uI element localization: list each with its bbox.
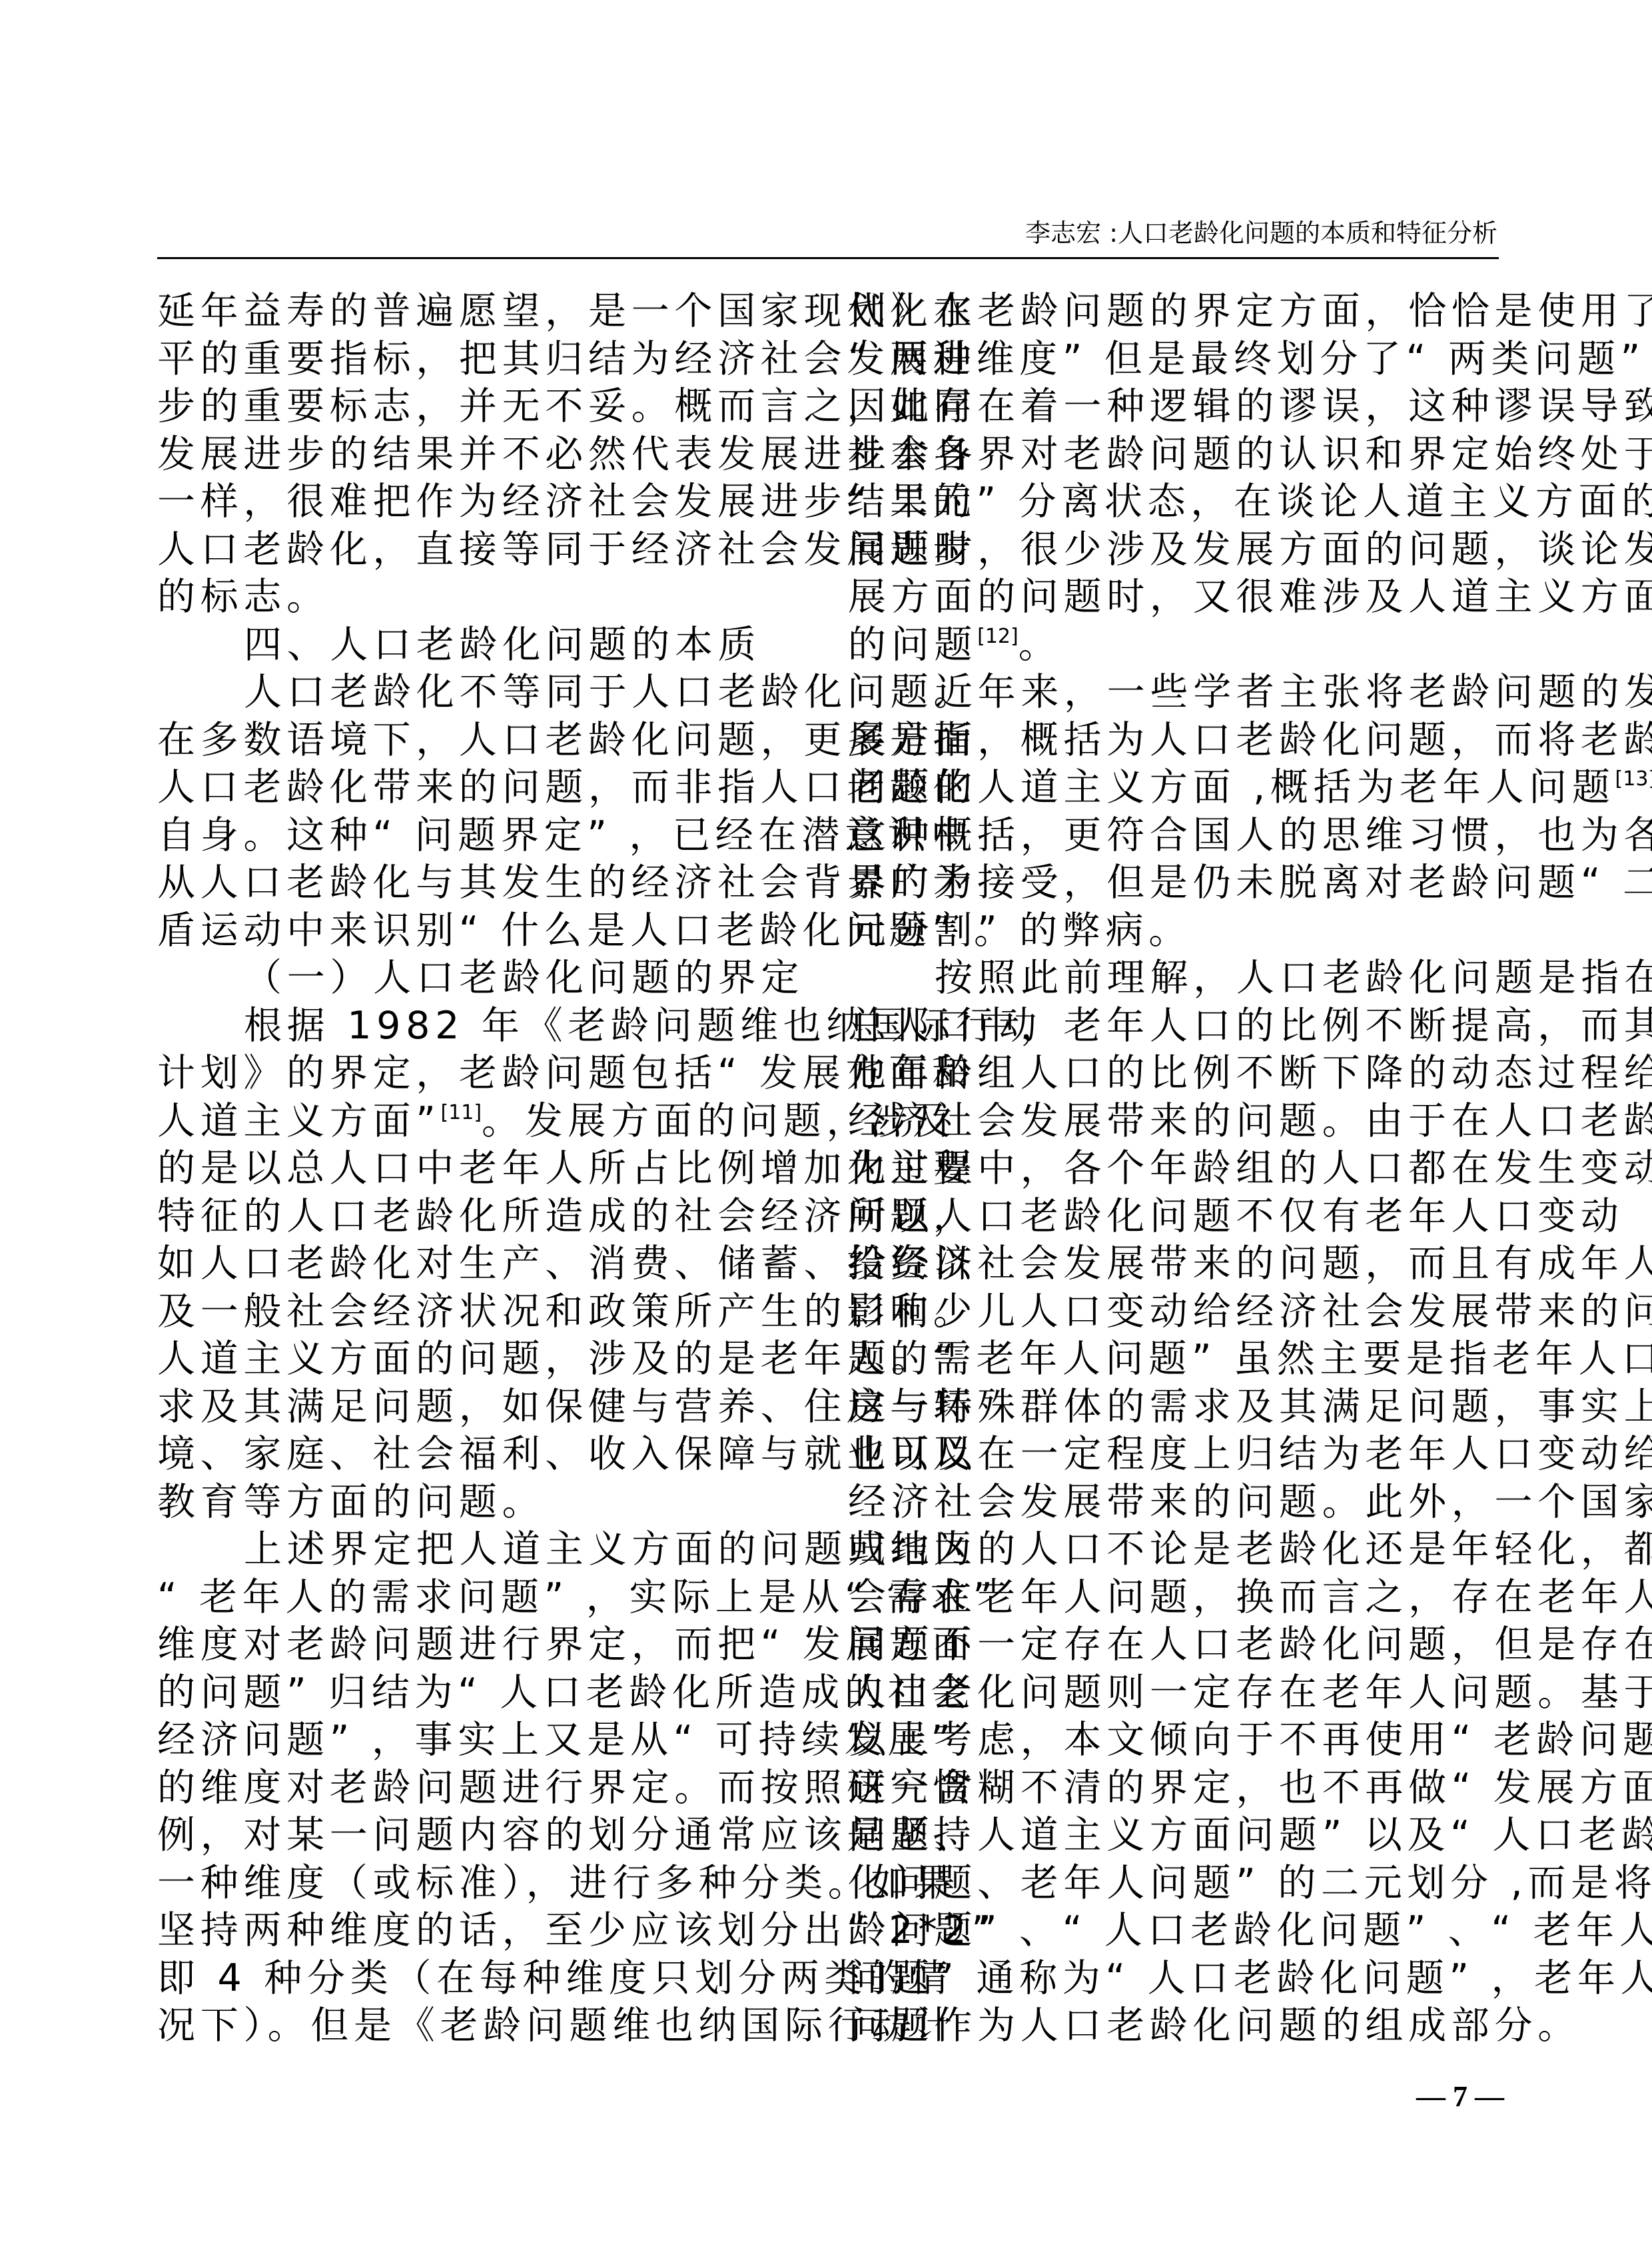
line-text: （一）人口老龄化问题的界定 bbox=[244, 956, 804, 1000]
line-text: 以上考虑，本文倾向于不再使用“ 老龄问题” bbox=[848, 1718, 1652, 1762]
text-line: 以上考虑，本文倾向于不再使用“ 老龄问题” bbox=[848, 1716, 1495, 1764]
text-line: 问题作为人口老龄化问题的组成部分。 bbox=[848, 2002, 1495, 2050]
text-line: 根据 1982 年《老龄问题维也纳国际行动 bbox=[157, 1002, 805, 1050]
line-text: 总人口中，老年人口的比例不断提高，而其 bbox=[848, 1004, 1652, 1048]
text-line: 社会各界对老龄问题的认识和界定始终处于 bbox=[848, 431, 1495, 479]
line-text: 他年龄组人口的比例不断下降的动态过程给 bbox=[848, 1051, 1652, 1095]
line-text: 人口老化问题则一定存在老年人问题。基于 bbox=[848, 1671, 1652, 1714]
line-text: 按照此前理解，人口老龄化问题是指在 bbox=[935, 956, 1652, 1000]
line-text: 因此存在着一种逻辑的谬误，这种谬误导致 bbox=[848, 384, 1652, 428]
line-text: 经济问题” ，事实上又是从“ 可持续发展” bbox=[157, 1718, 956, 1762]
text-line: 问题的人道主义方面 ,概括为老年人问题[13]。 bbox=[848, 764, 1495, 812]
line-text: 给经济社会发展带来的问题，而且有成年人 bbox=[848, 1242, 1652, 1286]
text-line: 从人口老龄化与其发生的经济社会背景的矛 bbox=[157, 859, 805, 907]
text-line: 盾运动中来识别“ 什么是人口老龄化问题” 。 bbox=[157, 907, 805, 955]
line-text: 经济社会发展带来的问题。由于在人口老龄 bbox=[848, 1099, 1652, 1143]
text-line: 总人口中，老年人口的比例不断提高，而其 bbox=[848, 1002, 1495, 1050]
text-line: 延年益寿的普遍愿望，是一个国家现代化水 bbox=[157, 288, 805, 336]
text-line: 平的重要指标，把其归结为经济社会发展进 bbox=[157, 336, 805, 384]
text-line: 计划》的界定，老龄问题包括“ 发展方面和 bbox=[157, 1050, 805, 1098]
text-line: 这一特殊群体的需求及其满足问题，事实上 bbox=[848, 1383, 1495, 1431]
text-line: 人口老龄化，直接等同于经济社会发展进步 bbox=[157, 526, 805, 574]
text-line: 化过程中，各个年龄组的人口都在发生变动， bbox=[848, 1145, 1495, 1193]
text-line: 经济社会发展带来的问题。由于在人口老龄 bbox=[848, 1098, 1495, 1146]
line-text: 界广为接受，但是仍未脱离对老龄问题“ 二 bbox=[848, 861, 1652, 905]
text-line: “ 老年人的需求问题” ，实际上是从“ 需求” bbox=[157, 1574, 805, 1622]
line-text: 展方面，概括为人口老龄化问题，而将老龄 bbox=[848, 718, 1652, 762]
text-line: 的标志。 bbox=[157, 573, 805, 621]
citation-reference: [12] bbox=[977, 625, 1019, 648]
text-line: 展方面，概括为人口老龄化问题，而将老龄 bbox=[848, 717, 1495, 765]
text-line: 维度对老龄问题进行界定，而把“ 发展方面 bbox=[157, 1621, 805, 1669]
line-text: 问题的人道主义方面 ,概括为老年人问题 bbox=[848, 765, 1615, 809]
page-number: — 7 — bbox=[1416, 2082, 1504, 2111]
left-text-column: 延年益寿的普遍愿望，是一个国家现代化水平的重要指标，把其归结为经济社会发展进步的… bbox=[157, 288, 805, 2050]
line-text: 即 4 种分类（在每种维度只划分两类的情 bbox=[157, 1956, 954, 2000]
text-line: 例，对某一问题内容的划分通常应该是坚持 bbox=[157, 1812, 805, 1860]
text-line: 自身。这种“ 问题界定” ，已经在潜意识中 bbox=[157, 812, 805, 860]
line-text: 或地区的人口不论是老龄化还是年轻化，都 bbox=[848, 1527, 1652, 1571]
text-line: 划》在老龄问题的界定方面，恰恰是使用了 bbox=[848, 288, 1495, 336]
line-text: 会存在老年人问题，换而言之，存在老年人 bbox=[848, 1575, 1652, 1619]
text-line: 问题时，很少涉及发展方面的问题，谈论发 bbox=[848, 526, 1495, 574]
running-header-title: 李志宏 :人口老龄化问题的本质和特征分析 bbox=[1025, 217, 1497, 249]
text-line: 界广为接受，但是仍未脱离对老龄问题“ 二 bbox=[848, 859, 1495, 907]
line-text: 四、人口老龄化问题的本质 bbox=[244, 623, 761, 667]
text-line: 的问题[12]。 bbox=[848, 621, 1495, 669]
line-text: 教育等方面的问题。 bbox=[157, 1480, 545, 1524]
text-line: 因此存在着一种逻辑的谬误，这种谬误导致 bbox=[848, 383, 1495, 431]
line-text: 一种维度（或标准），进行多种分类。如果 bbox=[157, 1861, 957, 1905]
line-text: 经济社会发展带来的问题。此外，一个国家 bbox=[848, 1480, 1652, 1524]
line-text: 人道主义方面” bbox=[157, 1099, 440, 1143]
line-text: 化问题、老年人问题” 的二元划分 ,而是将 老 bbox=[848, 1861, 1652, 1905]
text-line: 问题” 通称为“ 人口老龄化问题” ，老年人 bbox=[848, 1955, 1495, 2003]
line-text: 的标志。 bbox=[157, 575, 330, 619]
text-line: 人道主义方面”[11]。发展方面的问题，涉及 bbox=[157, 1098, 805, 1146]
text-line: 这种概括，更符合国人的思维习惯，也为各 bbox=[848, 812, 1495, 860]
text-line: 展方面的问题时，又很难涉及人道主义方面 bbox=[848, 573, 1495, 621]
text-line: “ 两种维度” 但是最终划分了“ 两类问题” ， bbox=[848, 336, 1495, 384]
text-line: 的是以总人口中老年人所占比例增加为主要 bbox=[157, 1145, 805, 1193]
line-text: 这一含糊不清的界定，也不再做“ 发展方面 bbox=[848, 1766, 1652, 1810]
text-line: 龄问题” 、“ 人口老龄化问题” 、“ 老年人 bbox=[848, 1907, 1495, 1955]
citation-reference: [11] bbox=[440, 1101, 482, 1124]
text-line: 会存在老年人问题，换而言之，存在老年人 bbox=[848, 1574, 1495, 1622]
text-line: 给经济社会发展带来的问题，而且有成年人 bbox=[848, 1240, 1495, 1288]
right-text-column: 划》在老龄问题的界定方面，恰恰是使用了“ 两种维度” 但是最终划分了“ 两类问题… bbox=[848, 288, 1495, 2050]
line-text: 社会各界对老龄问题的认识和界定始终处于 bbox=[848, 432, 1652, 476]
text-line: 境、家庭、社会福利、收入保障与就业以及 bbox=[157, 1431, 805, 1479]
line-text: 口和少儿人口变动给经济社会发展带来的问 bbox=[848, 1290, 1652, 1333]
text-line: 人口老龄化不等同于人口老龄化问题。 bbox=[157, 669, 805, 717]
text-line: 人道主义方面的问题，涉及的是老年人的需 bbox=[157, 1335, 805, 1383]
text-line: 问题、人道主义方面问题” 以及“ 人口老龄 bbox=[848, 1812, 1495, 1860]
citation-reference: [13] bbox=[1615, 767, 1652, 791]
text-line: 经济问题” ，事实上又是从“ 可持续发展” bbox=[157, 1716, 805, 1764]
line-text: 元分割” 的弊病。 bbox=[848, 909, 1192, 952]
text-line: 一种维度（或标准），进行多种分类。如果 bbox=[157, 1860, 805, 1908]
text-line: 的维度对老龄问题进行界定。而按照研究惯 bbox=[157, 1764, 805, 1812]
text-line: 特征的人口老龄化所造成的社会经济问题， bbox=[157, 1193, 805, 1241]
text-line: “ 二元” 分离状态，在谈论人道主义方面的 bbox=[848, 478, 1495, 526]
text-line: 化问题、老年人问题” 的二元划分 ,而是将 老 bbox=[848, 1860, 1495, 1908]
text-line: 教育等方面的问题。 bbox=[157, 1479, 805, 1527]
line-text: “ 二元” 分离状态，在谈论人道主义方面的 bbox=[848, 480, 1652, 524]
line-text: 题。“ 老年人问题” 虽然主要是指老年人口 bbox=[848, 1337, 1652, 1381]
text-line: 坚持两种维度的话，至少应该划分出“ 2*2” bbox=[157, 1907, 805, 1955]
line-text: 问题不一定存在人口老龄化问题，但是存在 bbox=[848, 1623, 1652, 1667]
line-text: 问题作为人口老龄化问题的组成部分。 bbox=[848, 2004, 1581, 2048]
text-line: 也可以在一定程度上归结为老年人口变动给 bbox=[848, 1431, 1495, 1479]
text-line: 所以人口老龄化问题不仅有老年人口变动 bbox=[848, 1193, 1495, 1241]
line-text: 这一特殊群体的需求及其满足问题，事实上 bbox=[848, 1385, 1652, 1429]
text-line: 发展进步的结果并不必然代表发展进步本身 bbox=[157, 431, 805, 479]
text-line: 在多数语境下，人口老龄化问题，更多是指 bbox=[157, 717, 805, 765]
text-line: 经济社会发展带来的问题。此外，一个国家 bbox=[848, 1479, 1495, 1527]
line-text: 的问题 bbox=[848, 623, 977, 667]
text-line: 四、人口老龄化问题的本质 bbox=[157, 621, 805, 669]
text-line: 题。“ 老年人问题” 虽然主要是指老年人口 bbox=[848, 1335, 1495, 1383]
text-line: 如人口老龄化对生产、消费、储蓄、投资以 bbox=[157, 1240, 805, 1288]
text-line: 求及其满足问题，如保健与营养、住房与环 bbox=[157, 1383, 805, 1431]
line-text: 问题、人道主义方面问题” 以及“ 人口老龄 bbox=[848, 1813, 1652, 1857]
line-text: “ 两种维度” 但是最终划分了“ 两类问题” ， bbox=[848, 337, 1652, 381]
text-line: 他年龄组人口的比例不断下降的动态过程给 bbox=[848, 1050, 1495, 1098]
text-line: 即 4 种分类（在每种维度只划分两类的情 bbox=[157, 1955, 805, 2003]
line-text: 龄问题” 、“ 人口老龄化问题” 、“ 老年人 bbox=[848, 1908, 1652, 1952]
text-line: 或地区的人口不论是老龄化还是年轻化，都 bbox=[848, 1526, 1495, 1574]
text-line: 这一含糊不清的界定，也不再做“ 发展方面 bbox=[848, 1764, 1495, 1812]
line-text: 化过程中，各个年龄组的人口都在发生变动， bbox=[848, 1146, 1652, 1190]
line-text: 展方面的问题时，又很难涉及人道主义方面 bbox=[848, 575, 1652, 619]
text-line: （一）人口老龄化问题的界定 bbox=[157, 954, 805, 1002]
text-line: 一样，很难把作为经济社会发展进步结果的 bbox=[157, 478, 805, 526]
line-text: 也可以在一定程度上归结为老年人口变动给 bbox=[848, 1432, 1652, 1476]
text-line: 人口老化问题则一定存在老年人问题。基于 bbox=[848, 1669, 1495, 1717]
text-line: 口和少儿人口变动给经济社会发展带来的问 bbox=[848, 1288, 1495, 1336]
text-line: 的问题” 归结为“ 人口老龄化所造成的社会 bbox=[157, 1669, 805, 1717]
line-text: 近年来，一些学者主张将老龄问题的发 bbox=[935, 670, 1652, 714]
line-text: 划》在老龄问题的界定方面，恰恰是使用了 bbox=[848, 289, 1652, 333]
text-line: 况下）。但是《老龄问题维也纳国际行动计 bbox=[157, 2002, 805, 2050]
line-text-continuation: 。 bbox=[1019, 623, 1062, 667]
line-text: 问题时，很少涉及发展方面的问题，谈论发 bbox=[848, 528, 1652, 571]
line-text: 这种概括，更符合国人的思维习惯，也为各 bbox=[848, 813, 1652, 857]
text-line: 上述界定把人道主义方面的问题归结为 bbox=[157, 1526, 805, 1574]
text-line: 人口老龄化带来的问题，而非指人口老龄化 bbox=[157, 764, 805, 812]
text-line: 问题不一定存在人口老龄化问题，但是存在 bbox=[848, 1621, 1495, 1669]
text-line: 步的重要标志，并无不妥。概而言之，如同 bbox=[157, 383, 805, 431]
line-text: 况下）。但是《老龄问题维也纳国际行动计 bbox=[157, 2004, 957, 2048]
line-text: 问题” 通称为“ 人口老龄化问题” ，老年人 bbox=[848, 1956, 1652, 2000]
text-line: 及一般社会经济状况和政策所产生的影响。 bbox=[157, 1288, 805, 1336]
text-line: 元分割” 的弊病。 bbox=[848, 907, 1495, 955]
text-line: 按照此前理解，人口老龄化问题是指在 bbox=[848, 954, 1495, 1002]
text-line: 近年来，一些学者主张将老龄问题的发 bbox=[848, 669, 1495, 717]
header-rule-divider bbox=[157, 257, 1499, 259]
line-text: 所以人口老龄化问题不仅有老年人口变动 bbox=[848, 1194, 1624, 1238]
